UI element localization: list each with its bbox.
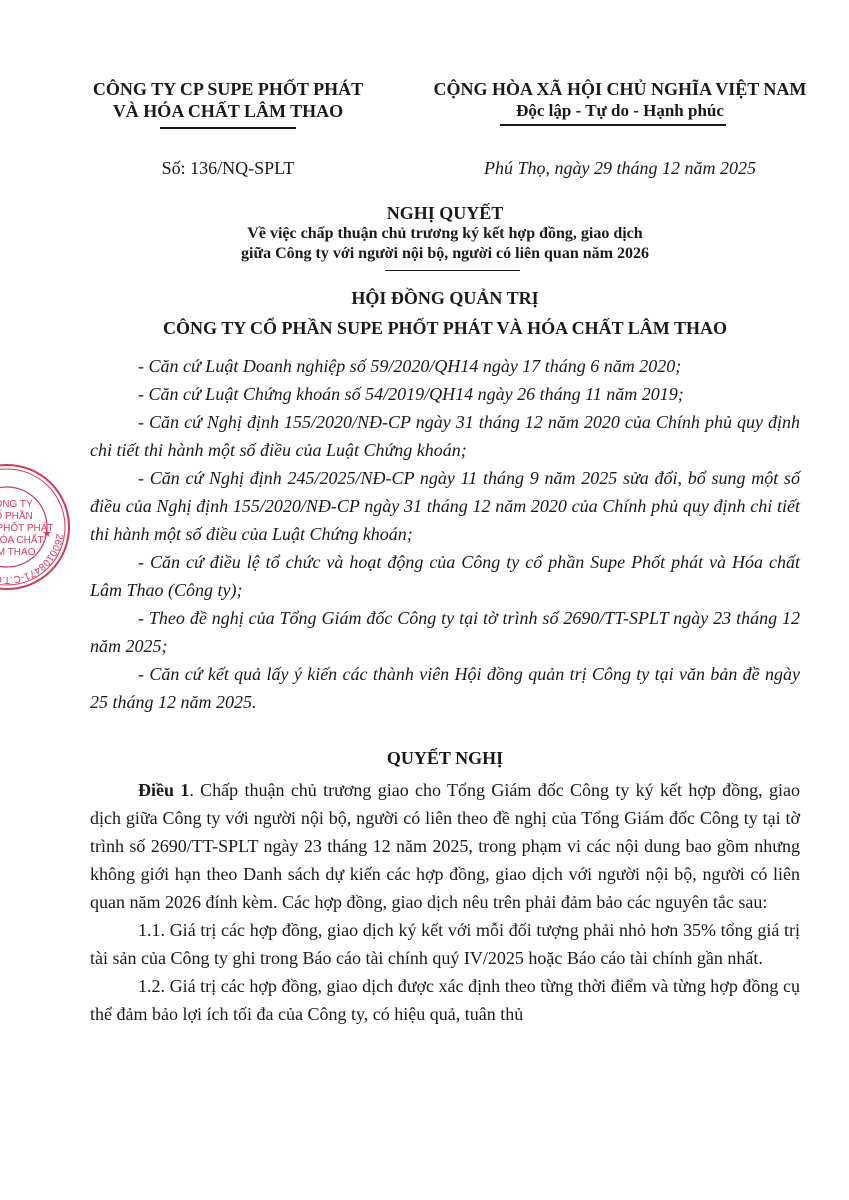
place-date: Phú Thọ, ngày 29 tháng 12 năm 2025	[405, 158, 835, 179]
document-type: NGHỊ QUYẾT	[90, 202, 800, 224]
legal-basis-item: - Căn cứ kết quả lấy ý kiến các thành vi…	[90, 660, 800, 716]
legal-basis-item: - Căn cứ Luật Doanh nghiệp số 59/2020/QH…	[90, 352, 800, 380]
company-full-name: CÔNG TY CỔ PHẦN SUPE PHỐT PHÁT VÀ HÓA CH…	[70, 313, 820, 343]
legal-basis-item: - Theo đề nghị của Tổng Giám đốc Công ty…	[90, 604, 800, 660]
company-name-header: CÔNG TY CP SUPE PHỐT PHÁT VÀ HÓA CHẤT LÂ…	[60, 78, 396, 122]
article-1-label: Điều 1	[138, 780, 189, 800]
svg-text:SUPE PHỐT PHÁT: SUPE PHỐT PHÁT	[0, 520, 54, 534]
national-header: CỘNG HÒA XÃ HỘI CHỦ NGHĨA VIỆT NAM Độc l…	[405, 78, 835, 122]
title-underline	[385, 270, 520, 271]
national-motto: Độc lập - Tự do - Hạnh phúc	[405, 100, 835, 122]
svg-text:CÔNG TY: CÔNG TY	[0, 497, 33, 510]
company-name-line2: VÀ HÓA CHẤT LÂM THAO	[60, 100, 396, 122]
article-1-text: . Chấp thuận chủ trương giao cho Tổng Gi…	[90, 780, 800, 912]
legal-basis-item: - Căn cứ Luật Chứng khoán số 54/2019/QH1…	[90, 380, 800, 408]
clause-1-1: 1.1. Giá trị các hợp đồng, giao dịch ký …	[90, 916, 800, 972]
resolution-articles: Điều 1. Chấp thuận chủ trương giao cho T…	[90, 776, 800, 1028]
svg-text:LÂM THAO: LÂM THAO	[0, 545, 36, 558]
subject-line-1: Về việc chấp thuận chủ trương ký kết hợp…	[90, 224, 800, 244]
resolution-heading: QUYẾT NGHỊ	[90, 748, 800, 769]
seal-stamp-icon: 2600108471-C.T.C.P ★ CÔNG TY CỔ PHẦN SUP…	[0, 462, 72, 592]
legal-basis-item: - Căn cứ Nghị định 245/2025/NĐ-CP ngày 1…	[90, 464, 800, 548]
svg-text:VÀ HÓA CHẤT: VÀ HÓA CHẤT	[0, 533, 44, 546]
company-underline	[160, 127, 296, 129]
issuing-body: HỘI ĐỒNG QUẢN TRỊ CÔNG TY CỔ PHẦN SUPE P…	[70, 283, 820, 343]
company-seal: 2600108471-C.T.C.P ★ CÔNG TY CỔ PHẦN SUP…	[0, 462, 72, 592]
clause-1-2: 1.2. Giá trị các hợp đồng, giao dịch đượ…	[90, 972, 800, 1028]
legal-basis-item: - Căn cứ điều lệ tổ chức và hoạt động củ…	[90, 548, 800, 604]
legal-basis-list: - Căn cứ Luật Doanh nghiệp số 59/2020/QH…	[90, 352, 800, 716]
document-number: Số: 136/NQ-SPLT	[60, 158, 396, 179]
article-1: Điều 1. Chấp thuận chủ trương giao cho T…	[90, 776, 800, 916]
document-title: NGHỊ QUYẾT Về việc chấp thuận chủ trương…	[90, 202, 800, 264]
board-name: HỘI ĐỒNG QUẢN TRỊ	[70, 283, 820, 313]
motto-underline	[500, 124, 726, 126]
legal-basis-item: - Căn cứ Nghị định 155/2020/NĐ-CP ngày 3…	[90, 408, 800, 464]
subject-line-2: giữa Công ty với người nội bộ, người có …	[90, 244, 800, 264]
country-name: CỘNG HÒA XÃ HỘI CHỦ NGHĨA VIỆT NAM	[405, 78, 835, 100]
company-name-line1: CÔNG TY CP SUPE PHỐT PHÁT	[60, 78, 396, 100]
svg-text:CỔ PHẦN: CỔ PHẦN	[0, 509, 33, 522]
